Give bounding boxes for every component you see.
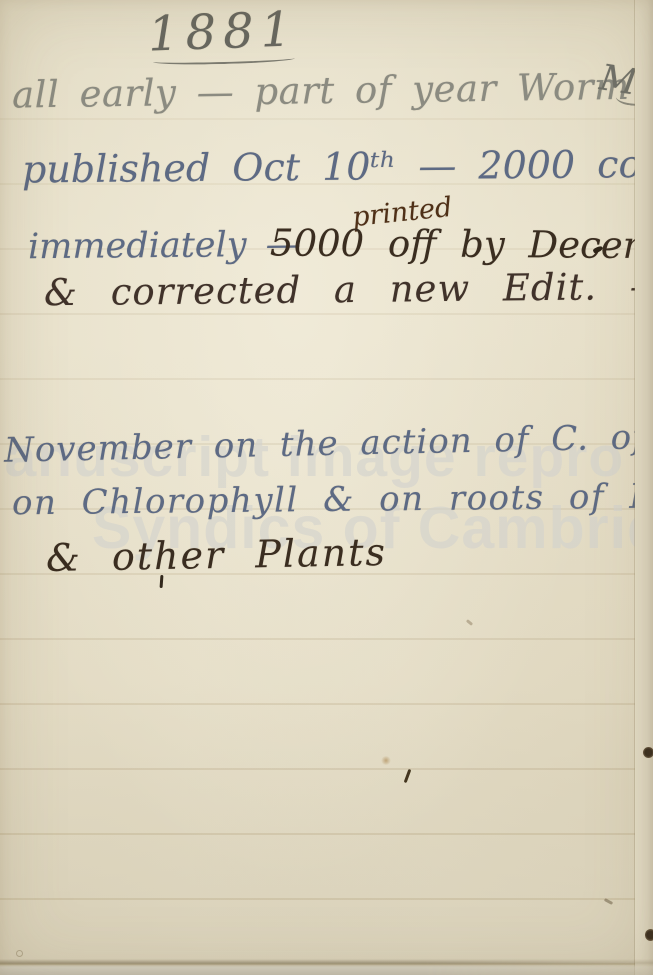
handwriting-line-corrected-edit: & corrected a new Edit. — [44,265,653,315]
paper-speck [16,950,23,957]
handwriting-line-immediately: immediately — [28,225,301,267]
manuscript-page: Manuscript image repro Syndics of Cambri… [0,0,653,975]
handwriting-line-published: published Oct 10ᵗʰ — 2000 copies sold [22,141,653,192]
handwriting-line-other-plants: & other Plants [46,530,388,580]
page-right-edge-strip [635,0,653,975]
paper-stain [381,756,391,765]
year-heading: 1881 [147,1,299,62]
handwriting-line-5000-december: 5000 off by December [270,221,653,267]
binding-hole-upper [643,747,653,758]
binding-hole-lower [645,929,653,941]
page-bottom-edge [0,959,653,975]
handwriting-line-chlorophyll-euphorbia: on Chlorophyll & on roots of Euphorbia. [12,475,653,524]
